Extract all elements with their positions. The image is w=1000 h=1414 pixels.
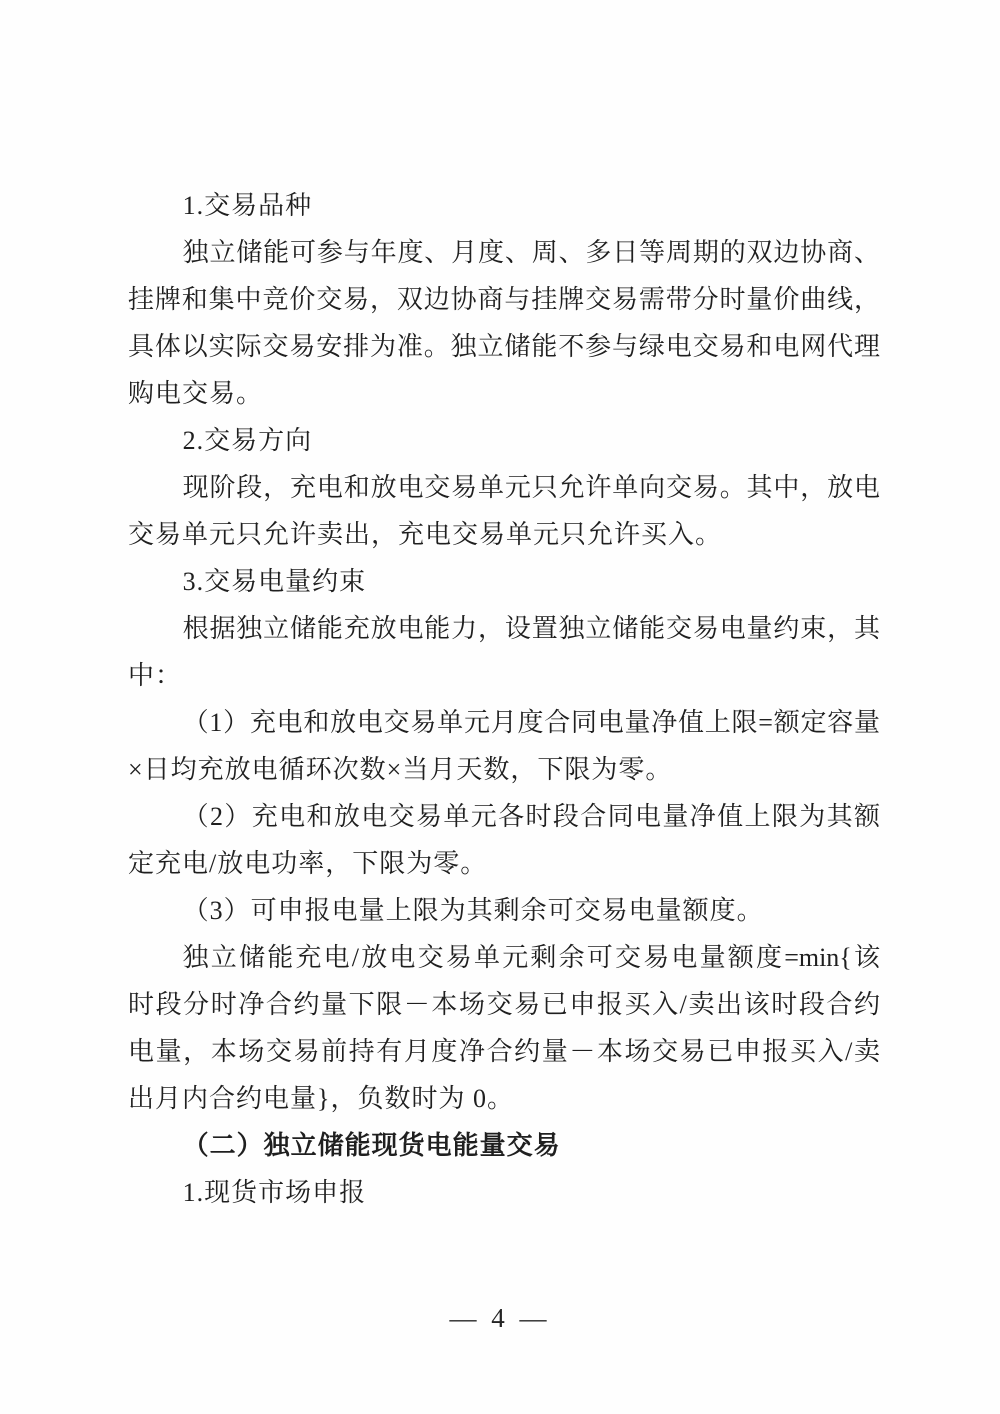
body-line: （1）充电和放电交易单元月度合同电量净值上限=额定容量	[128, 699, 880, 746]
document-body: 1.交易品种 独立储能可参与年度、月度、周、多日等周期的双边协商、 挂牌和集中竞…	[128, 182, 880, 1216]
body-line: 具体以实际交易安排为准。独立储能不参与绿电交易和电网代理	[128, 323, 880, 370]
body-line: 现阶段，充电和放电交易单元只允许单向交易。其中，放电	[128, 464, 880, 511]
body-line: 交易单元只允许卖出，充电交易单元只允许买入。	[128, 511, 880, 558]
body-line: 挂牌和集中竞价交易，双边协商与挂牌交易需带分时量价曲线，	[128, 276, 880, 323]
section-heading: 3.交易电量约束	[128, 558, 880, 605]
body-line: ×日均充放电循环次数×当月天数，下限为零。	[128, 746, 880, 793]
body-line: 出月内合约电量}，负数时为 0。	[128, 1075, 880, 1122]
body-line: 独立储能充电/放电交易单元剩余可交易电量额度=min{该	[128, 934, 880, 981]
section-heading: 1.交易品种	[128, 182, 880, 229]
subsection-heading: （二）独立储能现货电能量交易	[128, 1122, 880, 1169]
page-number: — 4 —	[0, 1303, 1000, 1334]
body-line: 定充电/放电功率，下限为零。	[128, 840, 880, 887]
document-page: 1.交易品种 独立储能可参与年度、月度、周、多日等周期的双边协商、 挂牌和集中竞…	[0, 0, 1000, 1414]
body-line: 时段分时净合约量下限－本场交易已申报买入/卖出该时段合约	[128, 981, 880, 1028]
body-line: （3）可申报电量上限为其剩余可交易电量额度。	[128, 887, 880, 934]
section-heading: 1.现货市场申报	[128, 1169, 880, 1216]
body-line: 购电交易。	[128, 370, 880, 417]
section-heading: 2.交易方向	[128, 417, 880, 464]
body-line: 中：	[128, 652, 880, 699]
body-line: 电量，本场交易前持有月度净合约量－本场交易已申报买入/卖	[128, 1028, 880, 1075]
body-line: 独立储能可参与年度、月度、周、多日等周期的双边协商、	[128, 229, 880, 276]
body-line: 根据独立储能充放电能力，设置独立储能交易电量约束，其	[128, 605, 880, 652]
body-line: （2）充电和放电交易单元各时段合同电量净值上限为其额	[128, 793, 880, 840]
